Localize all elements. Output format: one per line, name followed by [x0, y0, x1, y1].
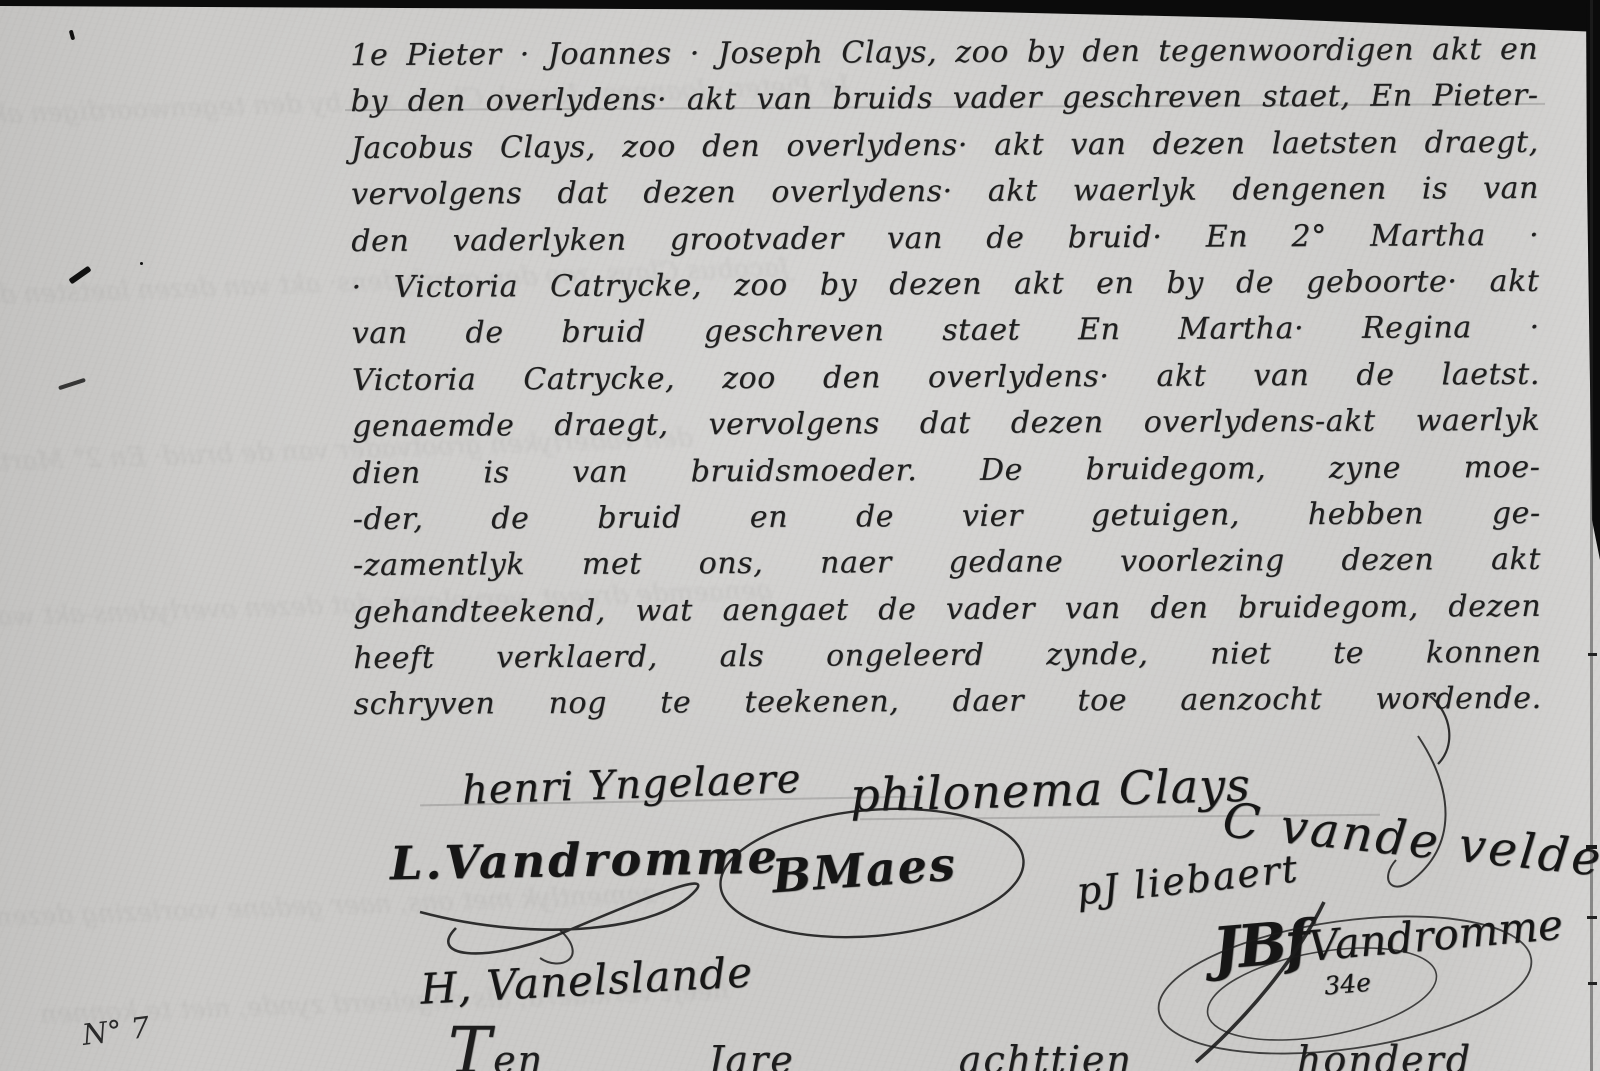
act-line: -zamentlyk met ons, naer gedane voorlezi… — [353, 537, 1541, 590]
edge-tick — [1588, 653, 1597, 656]
ink-speck — [58, 378, 86, 390]
act-line: dien is van bruidsmoeder. De bruidegom, … — [352, 444, 1540, 497]
act-line: van de bruid geschreven staet En Martha·… — [352, 305, 1540, 358]
act-line: heeft verklaerd, als ongeleerd zynde, ni… — [353, 630, 1541, 683]
signature-jb-vandromme: JBfVandromme 34e — [1210, 885, 1565, 983]
signature-henri-yngelaere: henri Yngelaere — [461, 756, 802, 814]
act-line: Jacobus Clays, zoo den overlydens· akt v… — [351, 120, 1539, 173]
ink-speck — [140, 262, 143, 265]
act-line: · Victoria Catrycke, zoo by dezen akt en… — [351, 259, 1539, 312]
page-edge-line — [1590, 0, 1593, 1071]
act-line: schryven nog te teekenen, daer toe aenzo… — [354, 676, 1542, 729]
edge-tick — [1587, 916, 1597, 919]
page-edge-right — [1586, 0, 1600, 560]
signature-monogram: JBf — [1210, 907, 1311, 983]
next-act-fragment: Ten Jare achttien honderd — [448, 1014, 1588, 1071]
scanned-register-page: 1e Pieter · Joannes · Joseph Clays, zoo … — [0, 0, 1600, 1071]
act-line: vervolgens dat dezen overlydens· akt wae… — [351, 166, 1539, 219]
act-line: 1e Pieter · Joannes · Joseph Clays, zoo … — [350, 27, 1538, 80]
act-line: -der, de bruid en de vier getuigen, hebb… — [353, 491, 1541, 544]
edge-tick — [1588, 982, 1597, 985]
bleedthrough-text: -zamentlyk met ons, naer gedane voorlezi… — [0, 879, 665, 934]
signature-name: Vandromme — [1306, 900, 1565, 971]
ink-speck — [68, 266, 91, 285]
vandromme-underline-flourish — [420, 884, 698, 954]
signature-pj-liebaert: pJ liebaert — [1074, 846, 1301, 913]
ink-speck — [69, 30, 75, 41]
signature-philonema-clays: philonema Clays — [849, 758, 1251, 822]
act-line: Victoria Catrycke, zoo den overlydens· a… — [352, 352, 1540, 405]
act-line: den vaderlyken grootvader van de bruid· … — [351, 212, 1539, 265]
signature-note: 34e — [1323, 968, 1372, 1001]
act-line: gehandteekend, wat aengaet de vader van … — [353, 584, 1541, 637]
act-number: N° 7 — [80, 1010, 151, 1052]
act-line: genaemde draegt, vervolgens dat dezen ov… — [352, 398, 1540, 451]
act-body: 1e Pieter · Joannes · Joseph Clays, zoo … — [350, 27, 1542, 729]
signature-h-vanelslande: H, Vanelslande — [419, 947, 754, 1013]
act-line: by den overlydens· akt van bruids vader … — [350, 73, 1538, 126]
signature-b-maes: BMaes — [770, 837, 958, 904]
signature-l-vandromme: L.Vandromme — [390, 830, 781, 891]
